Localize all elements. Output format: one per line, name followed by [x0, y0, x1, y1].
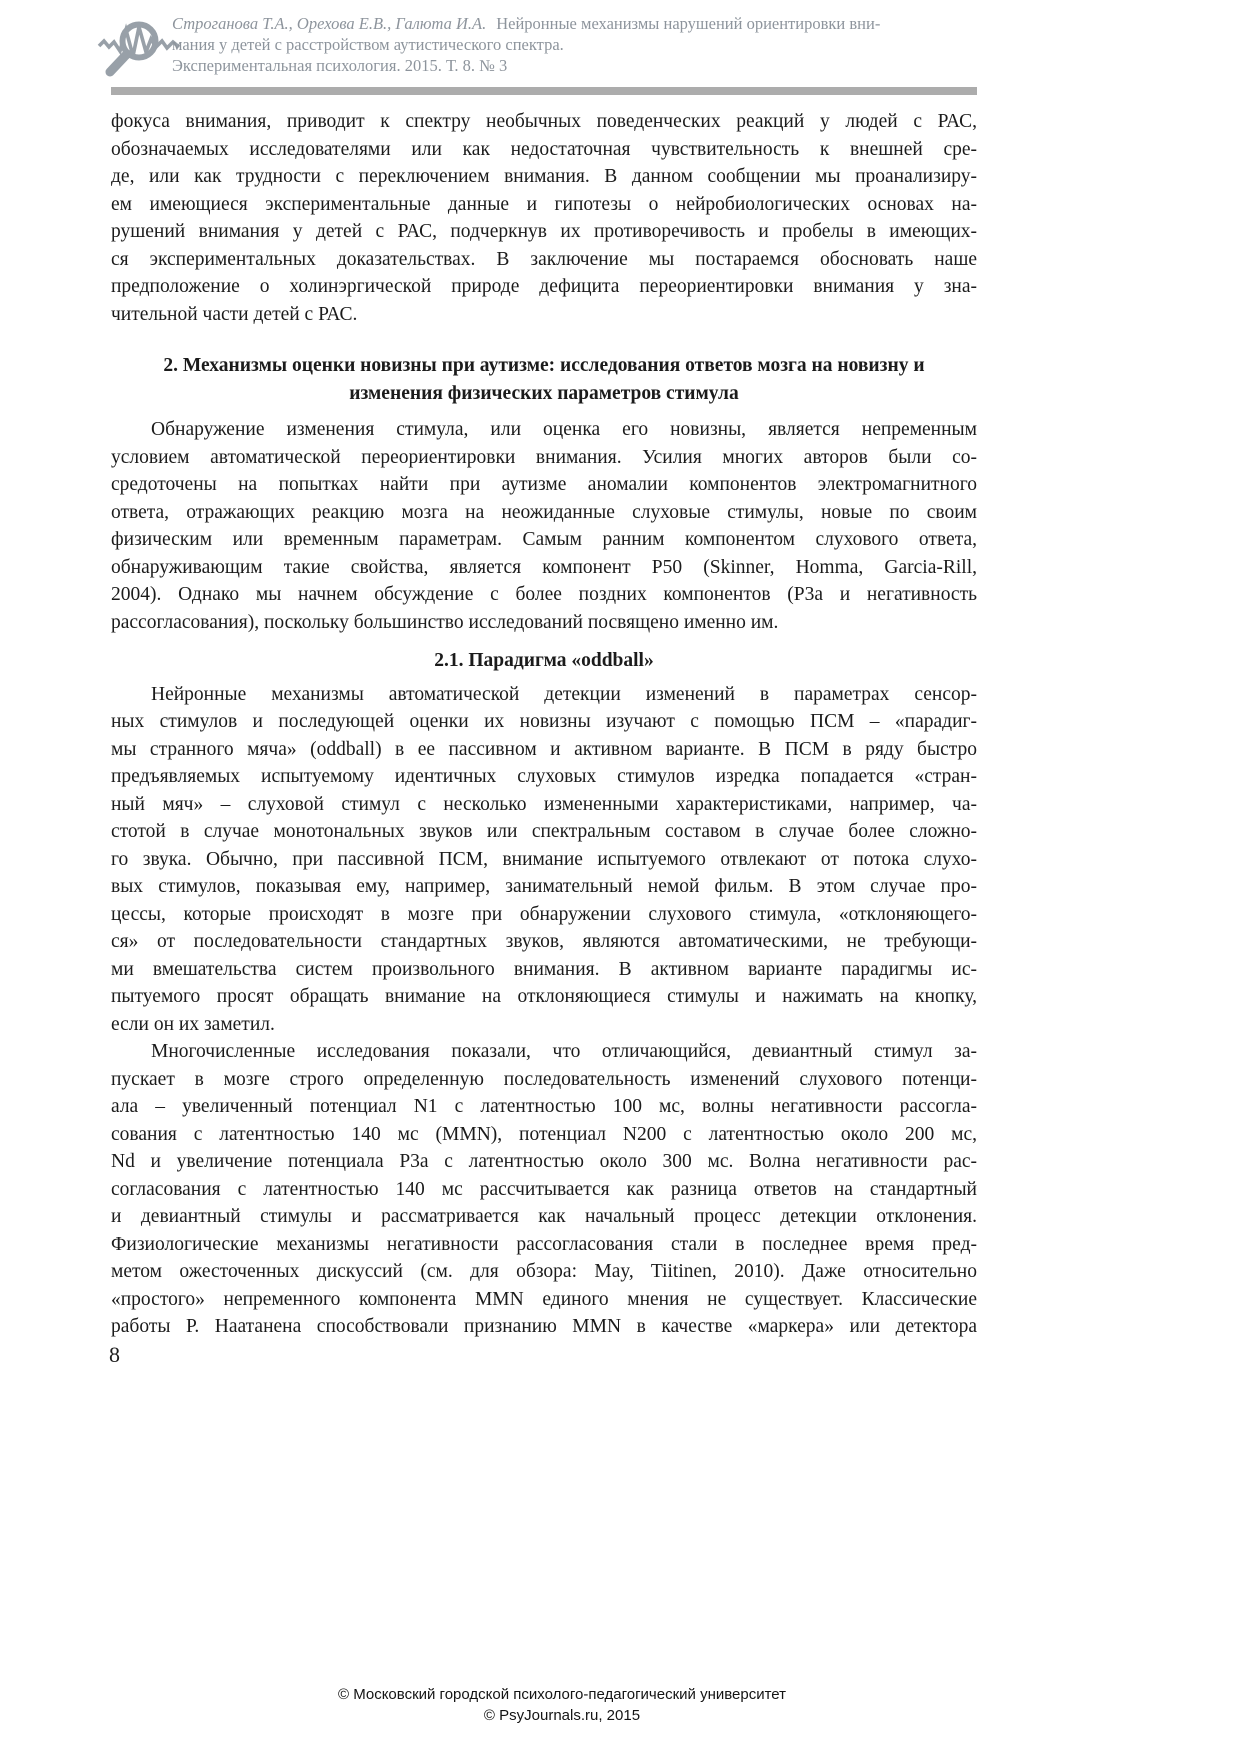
text-line: сования с латентностью 140 мс (MMN), пот… [111, 1121, 977, 1149]
text-line: ный мяч» – слуховой стимул с несколько и… [111, 791, 977, 819]
text-line: предположение о холинэргической природе … [111, 273, 977, 301]
paragraph: Нейронные механизмы автоматической детек… [111, 681, 977, 1039]
text-line: если он их заметил. [111, 1011, 977, 1039]
journal-page: Строганова Т.А., Орехова Е.В., Галюта И.… [0, 0, 1240, 1754]
text-line: 2. Механизмы оценки новизны при аутизме:… [111, 352, 977, 380]
footer-copyright-psyjournals: © PsyJournals.ru, 2015 [111, 1705, 1013, 1726]
citation-authors: Строганова Т.А., Орехова Е.В., Галюта И.… [172, 14, 486, 33]
text-line: Многочисленные исследования показали, чт… [111, 1038, 977, 1066]
section-heading: 2. Механизмы оценки новизны при аутизме:… [111, 352, 977, 407]
text-line: ала – увеличенный потенциал N1 с латентн… [111, 1093, 977, 1121]
text-line: ем имеющиеся экспериментальные данные и … [111, 191, 977, 219]
text-line: мы странного мяча» (oddball) в ее пассив… [111, 736, 977, 764]
text-line: предъявляемых испытуемому идентичных слу… [111, 763, 977, 791]
text-line: изменения физических параметров стимула [111, 380, 977, 408]
text-line: обнаруживающим такие свойства, является … [111, 554, 977, 582]
text-line: Nd и увеличение потенциала P3a с латентн… [111, 1148, 977, 1176]
text-line: рассогласования), поскольку большинство … [111, 609, 977, 637]
paragraph: Обнаружение изменения стимула, или оценк… [111, 416, 977, 636]
text-line: Обнаружение изменения стимула, или оценк… [111, 416, 977, 444]
text-line: физическим или временным параметрам. Сам… [111, 526, 977, 554]
text-line: 2.1. Парадигма «oddball» [111, 647, 977, 675]
text-line: работы Р. Наатанена способствовали призн… [111, 1313, 977, 1341]
text-line: Нейронные механизмы автоматической детек… [111, 681, 977, 709]
text-line: ся экспериментальных доказательствах. В … [111, 246, 977, 274]
text-line: ся» от последовательности стандартных зв… [111, 928, 977, 956]
header-citation: Строганова Т.А., Орехова Е.В., Галюта И.… [172, 13, 912, 76]
text-line: ных стимулов и последующей оценки их нов… [111, 708, 977, 736]
section-heading: 2.1. Парадигма «oddball» [111, 647, 977, 675]
page-number: 8 [109, 1342, 120, 1368]
text-line: фокуса внимания, приводит к спектру необ… [111, 108, 977, 136]
text-line: Физиологические механизмы негативности р… [111, 1231, 977, 1259]
text-line: цессы, которые происходят в мозге при об… [111, 901, 977, 929]
text-line: и девиантный стимулы и рассматривается к… [111, 1203, 977, 1231]
text-line: го звука. Обычно, при пассивной ПСМ, вни… [111, 846, 977, 874]
text-line: рушений внимания у детей с РАС, подчеркн… [111, 218, 977, 246]
text-line: метом ожесточенных дискуссий (см. для об… [111, 1258, 977, 1286]
text-line: условием автоматической переориентировки… [111, 444, 977, 472]
article-body: фокуса внимания, приводит к спектру необ… [111, 108, 977, 1341]
citation-title-part2: мания у детей с расстройством аутистичес… [172, 34, 912, 55]
text-line: стотой в случае монотональных звуков или… [111, 818, 977, 846]
text-line: средоточены на попытках найти при аутизм… [111, 471, 977, 499]
text-line: пытуемого просят обращать внимание на от… [111, 983, 977, 1011]
paragraph: фокуса внимания, приводит к спектру необ… [111, 108, 977, 328]
footer-copyright-university: © Московский городской психолого-педагог… [111, 1684, 1013, 1705]
text-line: 2004). Однако мы начнем обсуждение с бол… [111, 581, 977, 609]
text-line: чительной части детей с РАС. [111, 301, 977, 329]
text-line: ми вмешательства систем произвольного вн… [111, 956, 977, 984]
text-line: обозначаемых исследователями или как нед… [111, 136, 977, 164]
text-line: «простого» непременного компонента MMN е… [111, 1286, 977, 1314]
citation-title-part1: Нейронные механизмы нарушений ориентиров… [496, 14, 880, 33]
header-divider [111, 87, 977, 95]
text-line: ответа, отражающих реакцию мозга на неож… [111, 499, 977, 527]
text-line: согласования с латентностью 140 мс рассч… [111, 1176, 977, 1204]
text-line: де, или как трудности с переключением вн… [111, 163, 977, 191]
citation-journal: Экспериментальная психология. 2015. Т. 8… [172, 55, 912, 76]
paragraph: Многочисленные исследования показали, чт… [111, 1038, 977, 1341]
text-line: вых стимулов, показывая ему, например, з… [111, 873, 977, 901]
text-line: пускает в мозге строго определенную посл… [111, 1066, 977, 1094]
citation-line-1: Строганова Т.А., Орехова Е.В., Галюта И.… [172, 13, 912, 34]
magnifier-waveform-icon [97, 13, 181, 77]
footer: © Московский городской психолого-педагог… [111, 1684, 1013, 1726]
